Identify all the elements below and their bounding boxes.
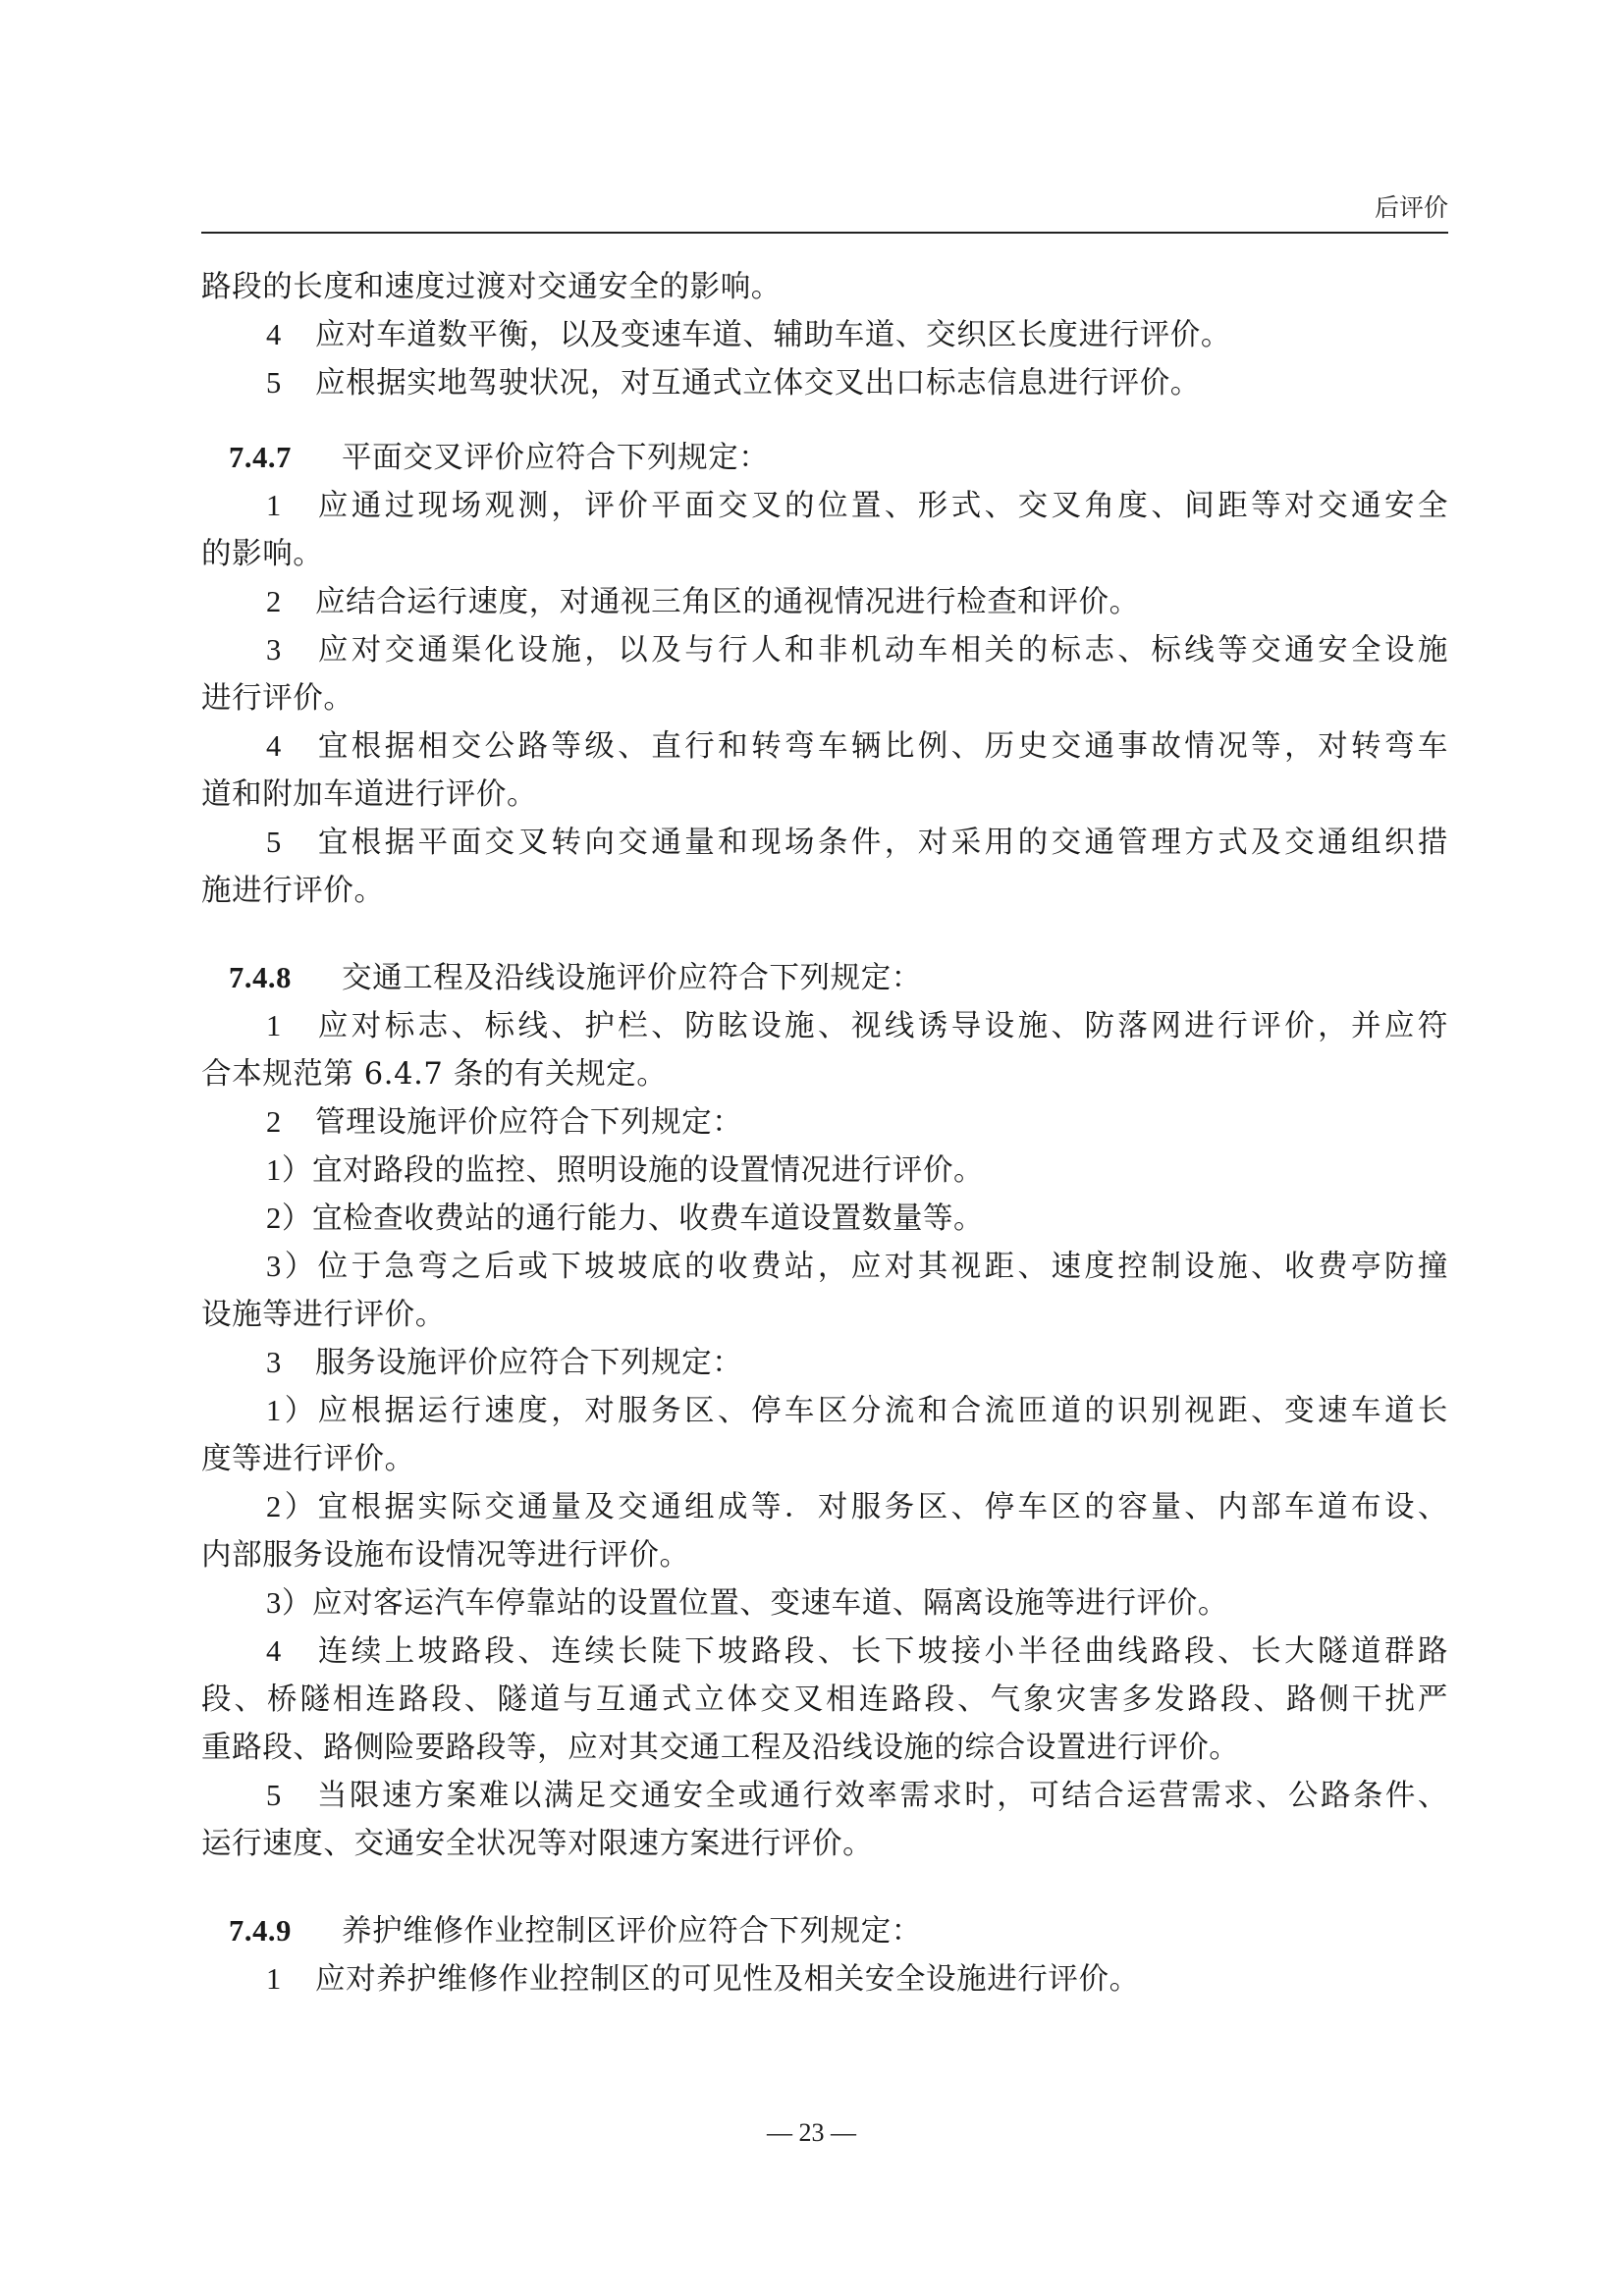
item-text: 宜根据平面交叉转向交通量和现场条件，对采用的交通管理方式及交通组织措 [315,826,1448,860]
item-text: 应通过现场观测，评价平面交叉的位置、形式、交叉角度、间距等对交通安全 [315,489,1448,523]
list-item-5: 5应根据实地驾驶状况，对互通式立体交叉出口标志信息进行评价。 [201,359,1448,407]
item-text: 应对养护维修作业控制区的可见性及相关安全设施进行评价。 [315,1962,1140,1997]
item-text-cont: 内部服务设施布设情况等进行评价。 [201,1531,1448,1579]
section-number: 7.4.8 [229,954,342,1002]
section-title: 养护维修作业控制区评价应符合下列规定： [342,1914,922,1949]
item-text-cont: 合本规范第 6.4.7 条的有关规定。 [201,1050,1448,1098]
item-number: 1 [266,1955,315,2003]
header-divider [201,232,1448,234]
sub-item-number: 1） [266,1394,318,1427]
item-text: 应对车道数平衡，以及变速车道、辅助车道、交织区长度进行评价。 [315,318,1231,352]
list-item-4: 4应对车道数平衡，以及变速车道、辅助车道、交织区长度进行评价。 [201,311,1448,359]
item-number: 3 [266,626,315,674]
sub-item-number: 2） [266,1490,318,1523]
item-text: 应结合运行速度，对通视三角区的通视情况进行检查和评价。 [315,585,1140,619]
item-text: 宜根据相交公路等级、直行和转弯车辆比例、历史交通事故情况等，对转弯车 [315,729,1448,764]
item-number: 2 [266,578,315,626]
item-text: 应根据运行速度，对服务区、停车区分流和合流匝道的识别视距、变速车道长 [318,1394,1448,1428]
section-number: 7.4.9 [229,1907,342,1955]
section-7-4-9: 7.4.9养护维修作业控制区评价应符合下列规定： 1应对养护维修作业控制区的可见… [201,1907,1448,2003]
item-text: 宜检查收费站的通行能力、收费车道设置数量等。 [312,1201,984,1236]
item-text: 连续上坡路段、连续长陡下坡路段、长下坡接小半径曲线路段、长大隧道群路 [315,1634,1448,1669]
item-number: 4 [266,722,315,771]
item-text: 服务设施评价应符合下列规定： [315,1346,742,1380]
item-text-cont: 的影响。 [201,530,1448,578]
item-text-cont: 道和附加车道进行评价。 [201,771,1448,819]
sub-item-number: 2） [266,1201,312,1235]
item-text-cont: 重路段、路侧险要路段等，应对其交通工程及沿线设施的综合设置进行评价。 [201,1724,1448,1772]
paragraph-continuation: 路段的长度和速度过渡对交通安全的影响。 [201,263,1448,311]
sub-item-number: 3） [266,1586,312,1620]
item-number: 1 [266,482,315,530]
item-number: 3 [266,1339,315,1387]
document-body: 路段的长度和速度过渡对交通安全的影响。 4应对车道数平衡，以及变速车道、辅助车道… [201,263,1448,2003]
running-header-title: 后评价 [1375,188,1448,224]
item-number: 4 [266,1628,315,1676]
item-text: 应对客运汽车停靠站的设置位置、变速车道、隔离设施等进行评价。 [312,1586,1228,1621]
sub-item-number: 3） [266,1250,318,1283]
section-number: 7.4.7 [229,434,342,482]
item-number: 1 [266,1002,315,1050]
section-title: 交通工程及沿线设施评价应符合下列规定： [342,961,922,995]
item-text-cont: 施进行评价。 [201,867,1448,915]
section-7-4-7: 7.4.7平面交叉评价应符合下列规定： 1应通过现场观测，评价平面交叉的位置、形… [201,434,1448,915]
item-text: 应对交通渠化设施，以及与行人和非机动车相关的标志、标线等交通安全设施 [315,633,1448,667]
item-text: 宜对路段的监控、照明设施的设置情况进行评价。 [312,1153,984,1188]
item-text-cont: 设施等进行评价。 [201,1291,1448,1339]
item-number: 5 [266,359,315,407]
item-text-cont: 段、桥隧相连路段、隧道与互通式立体交叉相连路段、气象灾害多发路段、路侧干扰严 [201,1676,1448,1724]
item-text: 位于急弯之后或下坡坡底的收费站，应对其视距、速度控制设施、收费亭防撞 [318,1250,1448,1284]
item-text: 应对标志、标线、护栏、防眩设施、视线诱导设施、防落网进行评价，并应符 [315,1009,1448,1043]
item-text: 宜根据实际交通量及交通组成等．对服务区、停车区的容量、内部车道布设、 [318,1490,1448,1524]
item-text: 当限速方案难以满足交通安全或通行效率需求时，可结合运营需求、公路条件、 [315,1779,1448,1813]
item-text-cont: 运行速度、交通安全状况等对限速方案进行评价。 [201,1820,1448,1868]
item-text-cont: 度等进行评价。 [201,1435,1448,1483]
item-number: 5 [266,1772,315,1820]
item-text: 管理设施评价应符合下列规定： [315,1105,742,1140]
sub-item-number: 1） [266,1153,312,1187]
item-number: 4 [266,311,315,359]
section-title: 平面交叉评价应符合下列规定： [342,441,769,475]
item-number: 2 [266,1098,315,1147]
item-text: 应根据实地驾驶状况，对互通式立体交叉出口标志信息进行评价。 [315,366,1201,400]
item-text-cont: 进行评价。 [201,674,1448,722]
page-number: — 23 — [0,2118,1623,2148]
item-number: 5 [266,819,315,867]
section-7-4-8: 7.4.8交通工程及沿线设施评价应符合下列规定： 1应对标志、标线、护栏、防眩设… [201,954,1448,1868]
